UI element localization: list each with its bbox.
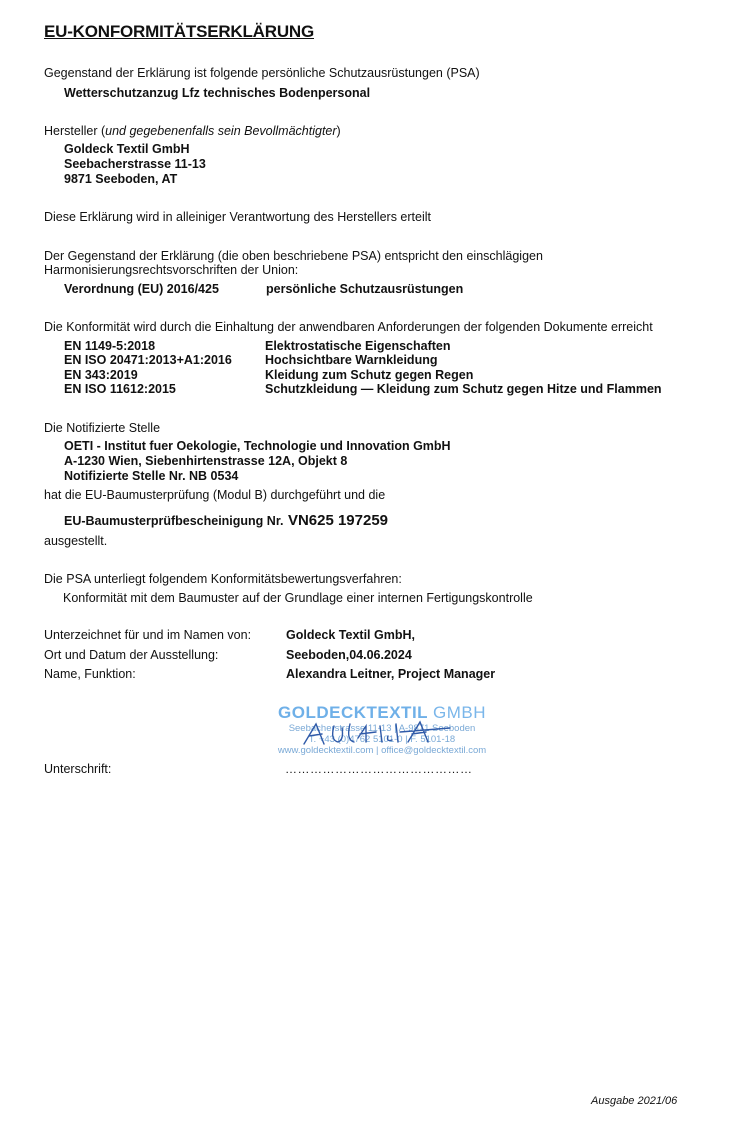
certificate-label: EU-Baumusterprüfbescheinigung Nr. bbox=[64, 514, 283, 528]
issued-label: ausgestellt. bbox=[44, 534, 107, 548]
standard-desc: Elektrostatische Eigenschaften bbox=[265, 339, 450, 353]
regulation-desc: persönliche Schutzausrüstungen bbox=[266, 282, 463, 296]
product-name: Wetterschutzanzug Lfz technisches Bodenp… bbox=[64, 86, 370, 100]
standard-code: EN 1149-5:2018 bbox=[64, 339, 155, 353]
procedure-intro: Die PSA unterliegt folgendem Konformität… bbox=[44, 572, 402, 586]
place-date-value: Seeboden,04.06.2024 bbox=[286, 648, 412, 662]
place-date-label: Ort und Datum der Ausstellung: bbox=[44, 648, 218, 662]
certificate-number: VN625 197259 bbox=[288, 512, 388, 529]
standard-desc: Schutzkleidung — Kleidung zum Schutz geg… bbox=[265, 382, 662, 396]
regulation-code: Verordnung (EU) 2016/425 bbox=[64, 282, 219, 296]
name-function-value: Alexandra Leitner, Project Manager bbox=[286, 667, 495, 681]
signature-label: Unterschrift: bbox=[44, 762, 111, 776]
manufacturer-name: Goldeck Textil GmbH bbox=[64, 142, 190, 156]
standard-code: EN 343:2019 bbox=[64, 368, 138, 382]
harmonisation-line2: Harmonisierungsrechtsvorschriften der Un… bbox=[44, 263, 298, 277]
manufacturer-street: Seebacherstrasse 11-13 bbox=[64, 157, 206, 171]
procedure-value: Konformität mit dem Baumuster auf der Gr… bbox=[63, 591, 533, 605]
notified-body-number: Notifizierte Stelle Nr. NB 0534 bbox=[64, 469, 238, 483]
subject-intro: Gegenstand der Erklärung ist folgende pe… bbox=[44, 66, 480, 80]
edition-footer: Ausgabe 2021/06 bbox=[591, 1095, 677, 1107]
notified-body-label: Die Notifizierte Stelle bbox=[44, 421, 160, 435]
signature-line: ……………………………………… bbox=[285, 762, 473, 776]
notified-body-name: OETI - Institut fuer Oekologie, Technolo… bbox=[64, 439, 451, 453]
certificate-line: EU-Baumusterprüfbescheinigung Nr. VN625 … bbox=[64, 512, 388, 530]
conformity-intro: Die Konformität wird durch die Einhaltun… bbox=[44, 320, 653, 334]
signed-for-label: Unterzeichnet für und im Namen von: bbox=[44, 628, 251, 642]
name-function-label: Name, Funktion: bbox=[44, 667, 136, 681]
standard-code: EN ISO 20471:2013+A1:2016 bbox=[64, 353, 232, 367]
examination-statement: hat die EU-Baumusterprüfung (Modul B) du… bbox=[44, 488, 385, 502]
manufacturer-city: 9871 Seeboden, AT bbox=[64, 172, 177, 186]
manufacturer-label: Hersteller (und gegebenenfalls sein Bevo… bbox=[44, 124, 341, 138]
handwritten-signature-icon bbox=[300, 718, 470, 750]
signed-for-value: Goldeck Textil GmbH, bbox=[286, 628, 415, 642]
standard-desc: Hochsichtbare Warnkleidung bbox=[265, 353, 437, 367]
standard-desc: Kleidung zum Schutz gegen Regen bbox=[265, 368, 473, 382]
responsibility-statement: Diese Erklärung wird in alleiniger Veran… bbox=[44, 210, 431, 224]
notified-body-address: A-1230 Wien, Siebenhirtenstrasse 12A, Ob… bbox=[64, 454, 347, 468]
harmonisation-line1: Der Gegenstand der Erklärung (die oben b… bbox=[44, 249, 543, 263]
standard-code: EN ISO 11612:2015 bbox=[64, 382, 176, 396]
document-title: EU-KONFORMITÄTSERKLÄRUNG bbox=[44, 22, 314, 42]
